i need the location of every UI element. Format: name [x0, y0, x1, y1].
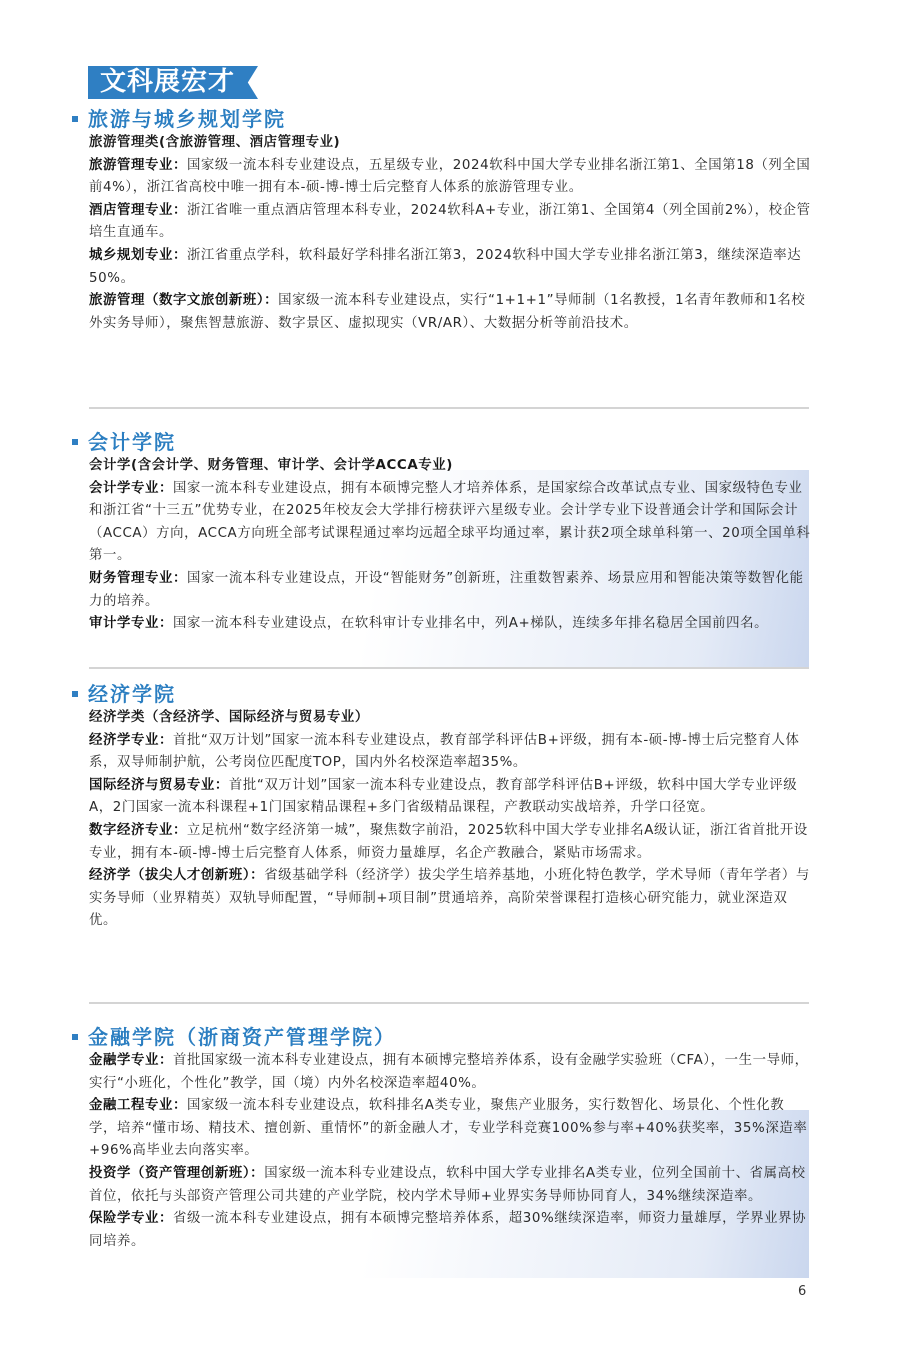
major-label: 金融工程专业：	[89, 1098, 187, 1113]
section-accounting-college: 会计学院 会计学(含会计学、财务管理、审计学、会计学ACCA专业) 会计学专业：…	[72, 429, 812, 636]
major-paragraph: 城乡规划专业：浙江省重点学科，软科最好学科排名浙江第3，2024软科中国大学专业…	[89, 245, 812, 290]
major-description: 省级一流本科专业建设点，拥有本硕博完整培养体系，超30%继续深造率，师资力量雄厚…	[89, 1211, 806, 1249]
section-divider	[89, 667, 809, 669]
major-paragraph: 金融工程专业：国家级一流本科专业建设点，软科排名A类专业，聚焦产业服务，实行数智…	[89, 1095, 812, 1163]
major-description: 国家级一流本科专业建设点，软科排名A类专业，聚焦产业服务，实行数智化、场景化、个…	[89, 1098, 807, 1158]
major-paragraph: 金融学专业：首批国家级一流本科专业建设点，拥有本硕博完整培养体系，设有金融学实验…	[89, 1050, 812, 1095]
major-paragraph: 数字经济专业：立足杭州“数字经济第一城”，聚焦数字前沿，2025软科中国大学专业…	[89, 820, 812, 865]
section-title: 经济学院	[88, 681, 176, 707]
square-bullet-icon	[72, 116, 78, 122]
section-header: 旅游与城乡规划学院	[72, 106, 812, 132]
major-label: 投资学（资产管理创新班）：	[89, 1166, 264, 1181]
major-description: 首批国家级一流本科专业建设点，拥有本硕博完整培养体系，设有金融学实验班（CFA）…	[89, 1053, 809, 1091]
major-description: 浙江省唯一重点酒店管理本科专业，2024软科A+专业，浙江第1、全国第4（列全国…	[89, 203, 811, 241]
major-label: 保险学专业：	[89, 1211, 173, 1226]
major-description: 国家一流本科专业建设点，开设“智能财务”创新班，注重数智素养、场景应用和智能决策…	[89, 571, 804, 609]
major-label: 旅游管理专业：	[89, 158, 187, 173]
major-description: 国家一流本科专业建设点，在软科审计专业排名中，列A+梯队，连续多年排名稳居全国前…	[173, 616, 768, 631]
major-description: 浙江省重点学科，软科最好学科排名浙江第3，2024软科中国大学专业排名浙江第3，…	[89, 248, 801, 286]
major-label: 财务管理专业：	[89, 571, 187, 586]
section-body: 金融学专业：首批国家级一流本科专业建设点，拥有本硕博完整培养体系，设有金融学实验…	[72, 1050, 812, 1253]
major-description: 国家级一流本科专业建设点，五星级专业，2024软科中国大学专业排名浙江第1、全国…	[89, 158, 810, 196]
section-divider	[89, 407, 809, 409]
major-label: 经济学（拔尖人才创新班）：	[89, 868, 264, 883]
banner-title: 文科展宏才	[88, 66, 258, 99]
page-number: 6	[798, 1284, 806, 1299]
square-bullet-icon	[72, 1034, 78, 1040]
square-bullet-icon	[72, 691, 78, 697]
major-label: 旅游管理（数字文旅创新班）：	[89, 293, 278, 308]
major-paragraph: 保险学专业：省级一流本科专业建设点，拥有本硕博完整培养体系，超30%继续深造率，…	[89, 1208, 812, 1253]
brochure-page: 文科展宏才 旅游与城乡规划学院 旅游管理类(含旅游管理、酒店管理专业) 旅游管理…	[0, 0, 900, 1350]
major-paragraph: 经济学（拔尖人才创新班）：省级基础学科（经济学）拔尖学生培养基地，小班化特色教学…	[89, 865, 812, 933]
section-header: 金融学院（浙商资产管理学院）	[72, 1024, 812, 1050]
major-label: 数字经济专业：	[89, 823, 187, 838]
major-label: 会计学专业：	[89, 481, 173, 496]
major-paragraph: 经济学专业：首批“双万计划”国家一流本科专业建设点，教育部学科评估B+评级，拥有…	[89, 730, 812, 775]
major-category: 旅游管理类(含旅游管理、酒店管理专业)	[89, 132, 812, 155]
major-category: 经济学类（含经济学、国际经济与贸易专业）	[89, 707, 812, 730]
section-body: 旅游管理类(含旅游管理、酒店管理专业) 旅游管理专业：国家级一流本科专业建设点，…	[72, 132, 812, 335]
section-body: 经济学类（含经济学、国际经济与贸易专业） 经济学专业：首批“双万计划”国家一流本…	[72, 707, 812, 933]
square-bullet-icon	[72, 439, 78, 445]
major-paragraph: 投资学（资产管理创新班）：国家级一流本科专业建设点，软科中国大学专业排名A类专业…	[89, 1163, 812, 1208]
section-divider	[89, 1002, 809, 1004]
major-paragraph: 财务管理专业：国家一流本科专业建设点，开设“智能财务”创新班，注重数智素养、场景…	[89, 568, 812, 613]
major-label: 酒店管理专业：	[89, 203, 187, 218]
section-title: 旅游与城乡规划学院	[88, 106, 286, 132]
major-paragraph: 旅游管理（数字文旅创新班）：国家级一流本科专业建设点，实行“1+1+1”导师制（…	[89, 290, 812, 335]
major-label: 金融学专业：	[89, 1053, 173, 1068]
section-tourism-college: 旅游与城乡规划学院 旅游管理类(含旅游管理、酒店管理专业) 旅游管理专业：国家级…	[72, 106, 812, 335]
major-label: 城乡规划专业：	[89, 248, 187, 263]
major-label: 国际经济与贸易专业：	[89, 778, 229, 793]
major-label: 经济学专业：	[89, 733, 173, 748]
major-paragraph: 酒店管理专业：浙江省唯一重点酒店管理本科专业，2024软科A+专业，浙江第1、全…	[89, 200, 812, 245]
major-paragraph: 国际经济与贸易专业：首批“双万计划”国家一流本科专业建设点，教育部学科评估B+评…	[89, 775, 812, 820]
major-description: 立足杭州“数字经济第一城”，聚焦数字前沿，2025软科中国大学专业排名A级认证，…	[89, 823, 808, 861]
section-title: 会计学院	[88, 429, 176, 455]
section-economics-college: 经济学院 经济学类（含经济学、国际经济与贸易专业） 经济学专业：首批“双万计划”…	[72, 681, 812, 933]
major-paragraph: 审计学专业：国家一流本科专业建设点，在软科审计专业排名中，列A+梯队，连续多年排…	[89, 613, 812, 636]
major-paragraph: 会计学专业：国家一流本科专业建设点，拥有本硕博完整人才培养体系，是国家综合改革试…	[89, 478, 812, 568]
section-header: 会计学院	[72, 429, 812, 455]
major-description: 首批“双万计划”国家一流本科专业建设点，教育部学科评估B+评级，拥有本-硕-博-…	[89, 733, 800, 771]
section-header: 经济学院	[72, 681, 812, 707]
section-title: 金融学院（浙商资产管理学院）	[88, 1024, 396, 1050]
major-description: 国家一流本科专业建设点，拥有本硕博完整人才培养体系，是国家综合改革试点专业、国家…	[89, 481, 810, 564]
major-label: 审计学专业：	[89, 616, 173, 631]
major-paragraph: 旅游管理专业：国家级一流本科专业建设点，五星级专业，2024软科中国大学专业排名…	[89, 155, 812, 200]
major-category: 会计学(含会计学、财务管理、审计学、会计学ACCA专业)	[89, 455, 812, 478]
section-finance-college: 金融学院（浙商资产管理学院） 金融学专业：首批国家级一流本科专业建设点，拥有本硕…	[72, 1024, 812, 1253]
section-body: 会计学(含会计学、财务管理、审计学、会计学ACCA专业) 会计学专业：国家一流本…	[72, 455, 812, 636]
